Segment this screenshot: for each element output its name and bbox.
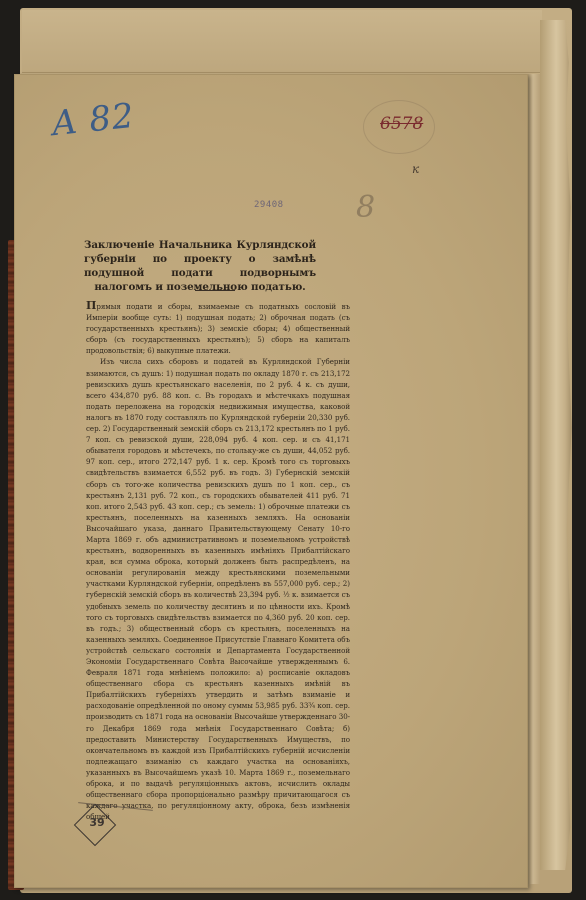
drop-cap: П: [86, 299, 96, 312]
paragraph-2-text: Изъ числа сихъ сборовъ и податей въ Курл…: [86, 357, 350, 821]
pencil-digit-annotation: 8: [356, 190, 375, 225]
page-fold: [526, 74, 540, 884]
stamp-number: 39: [86, 816, 108, 829]
paragraph-1-text: рямыя подати и сборы, взимаемые съ подат…: [86, 302, 350, 355]
document-body: Прямыя подати и сборы, взимаемые съ пода…: [86, 300, 350, 822]
paragraph-2: Изъ числа сихъ сборовъ и податей въ Курл…: [86, 356, 350, 822]
struck-number-annotation: 6578: [380, 114, 423, 134]
document-title: Заключеніе Начальника Курляндской губерн…: [84, 238, 316, 294]
letter-annotation: к: [412, 162, 419, 176]
paragraph-1: Прямыя подати и сборы, взимаемые съ пода…: [86, 300, 350, 356]
folder-top-flap: [22, 10, 542, 73]
title-divider: [195, 290, 235, 291]
pencil-number-annotation: 29408: [254, 200, 284, 210]
